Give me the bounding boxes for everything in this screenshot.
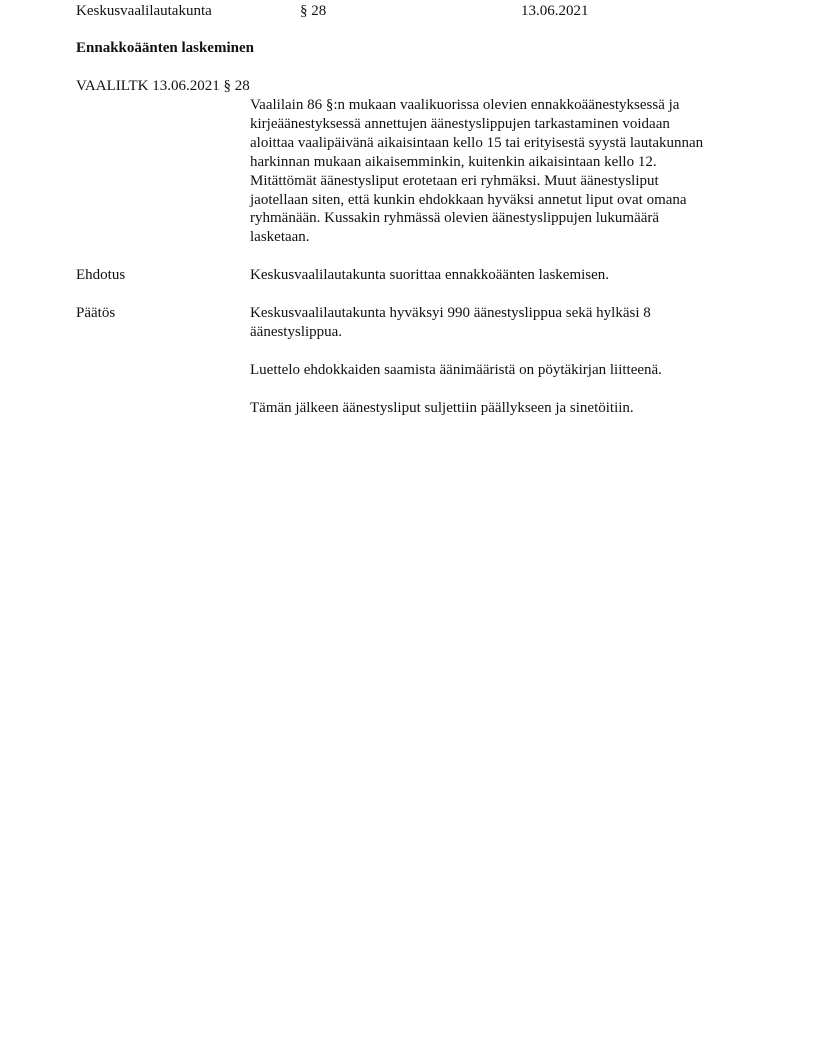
- header-organization: Keskusvaalilautakunta: [76, 2, 212, 21]
- document-title: Ennakkoäänten laskeminen: [76, 39, 254, 58]
- intro-line: ryhmänään. Kussakin ryhmässä olevien ään…: [250, 209, 740, 228]
- decision-text: Keskusvaalilautakunta hyväksyi 990 äänes…: [250, 304, 740, 437]
- intro-line: harkinnan mukaan aikaisemminkin, kuitenk…: [250, 153, 740, 172]
- decision-paragraph: Keskusvaalilautakunta hyväksyi 990 äänes…: [250, 304, 690, 342]
- header-section-number: § 28: [300, 2, 326, 21]
- proposal-label: Ehdotus: [76, 266, 125, 285]
- intro-line: Mitättömät äänestysliput erotetaan eri r…: [250, 172, 740, 191]
- decision-label: Päätös: [76, 304, 115, 323]
- intro-line: jaotellaan siten, että kunkin ehdokkaan …: [250, 191, 740, 210]
- intro-line: aloittaa vaalipäivänä aikaisintaan kello…: [250, 134, 740, 153]
- header-date: 13.06.2021: [521, 2, 589, 21]
- intro-line: lasketaan.: [250, 228, 740, 247]
- intro-paragraph: Vaalilain 86 §:n mukaan vaalikuorissa ol…: [250, 96, 740, 247]
- proposal-text: Keskusvaalilautakunta suorittaa ennakkoä…: [250, 266, 740, 285]
- intro-line: Vaalilain 86 §:n mukaan vaalikuorissa ol…: [250, 96, 740, 115]
- decision-paragraph: Luettelo ehdokkaiden saamista äänimääris…: [250, 361, 740, 380]
- decision-paragraph: Tämän jälkeen äänestysliput suljettiin p…: [250, 399, 740, 418]
- reference-line: VAALILTK 13.06.2021 § 28: [76, 77, 250, 96]
- intro-line: kirjeäänestyksessä annettujen äänestysli…: [250, 115, 740, 134]
